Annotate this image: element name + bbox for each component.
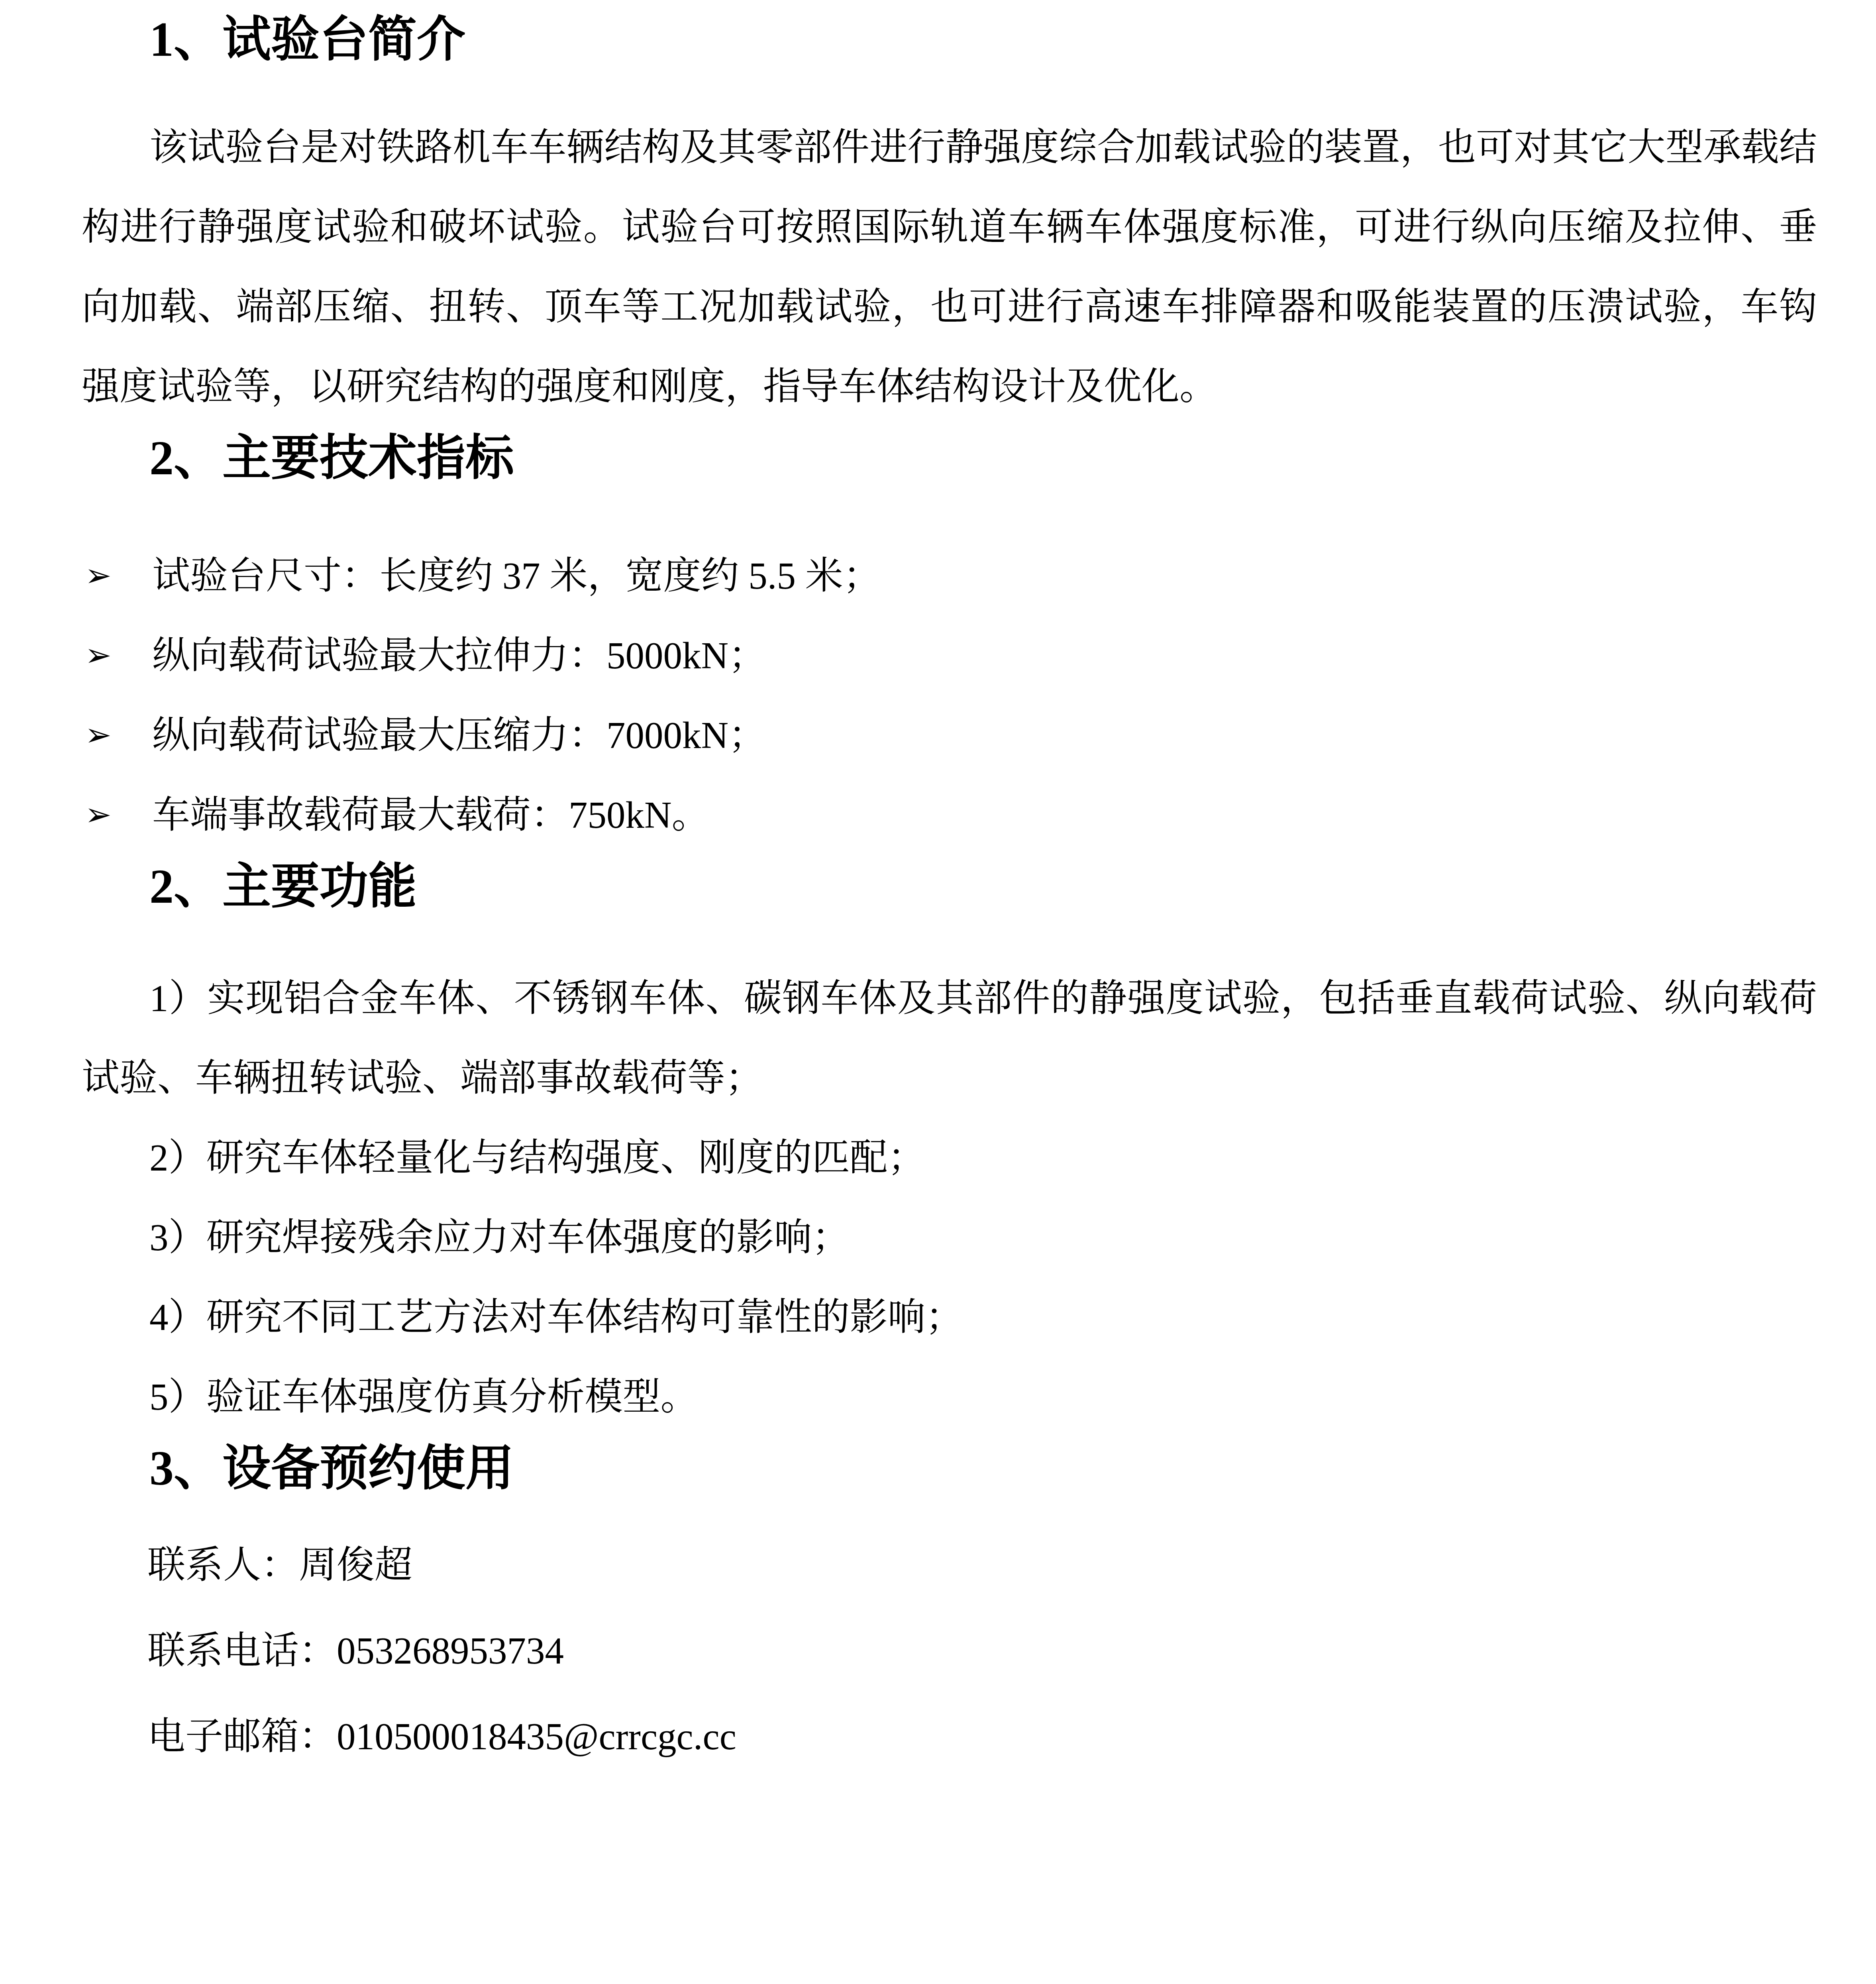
contact-block: 联系人：周俊超 联系电话：053268953734 电子邮箱：010500018…: [82, 1522, 1817, 1780]
function-item: 3）研究焊接残余应力对车体强度的影响；: [82, 1198, 1817, 1277]
section-heading-functions: 2、主要功能: [82, 855, 1817, 919]
function-list: 1）实现铝合金车体、不锈钢车体、碳钢车体及其部件的静强度试验，包括垂直载荷试验、…: [82, 959, 1817, 1437]
arrowhead-bullet-icon: ➢: [85, 536, 112, 616]
function-item: 5）验证车体强度仿真分析模型。: [82, 1357, 1817, 1437]
spec-item: ➢ 试验台尺寸：长度约 37 米，宽度约 5.5 米；: [82, 536, 1817, 616]
arrowhead-bullet-icon: ➢: [85, 695, 112, 775]
document-page: 1、试验台简介 该试验台是对铁路机车车辆结构及其零部件进行静强度综合加载试验的装…: [0, 0, 1876, 1984]
arrowhead-bullet-icon: ➢: [85, 616, 112, 695]
arrowhead-bullet-icon: ➢: [85, 775, 112, 855]
section-heading-intro: 1、试验台简介: [82, 8, 1817, 72]
spec-item-text: 试验台尺寸：长度约 37 米，宽度约 5.5 米；: [152, 555, 881, 597]
spec-item: ➢ 纵向载荷试验最大拉伸力：5000kN；: [82, 616, 1817, 695]
contact-phone-line: 联系电话：053268953734: [82, 1608, 1817, 1694]
spec-item-text: 车端事故载荷最大载荷：750kN。: [152, 794, 710, 836]
spec-item: ➢ 车端事故载荷最大载荷：750kN。: [82, 775, 1817, 855]
contact-email-line: 电子邮箱：010500018435@crrcgc.cc: [82, 1694, 1817, 1780]
section-heading-reservation: 3、设备预约使用: [82, 1437, 1817, 1501]
function-item: 2）研究车体轻量化与结构强度、刚度的匹配；: [82, 1118, 1817, 1198]
spec-list: ➢ 试验台尺寸：长度约 37 米，宽度约 5.5 米； ➢ 纵向载荷试验最大拉伸…: [82, 536, 1817, 855]
contact-person-line: 联系人：周俊超: [82, 1522, 1817, 1608]
intro-paragraph: 该试验台是对铁路机车车辆结构及其零部件进行静强度综合加载试验的装置，也可对其它大…: [82, 108, 1817, 426]
section-heading-specs: 2、主要技术指标: [82, 426, 1817, 490]
function-item: 1）实现铝合金车体、不锈钢车体、碳钢车体及其部件的静强度试验，包括垂直载荷试验、…: [82, 959, 1817, 1118]
spec-item-text: 纵向载荷试验最大压缩力：7000kN；: [152, 714, 766, 756]
spec-item-text: 纵向载荷试验最大拉伸力：5000kN；: [152, 634, 766, 677]
function-item: 4）研究不同工艺方法对车体结构可靠性的影响；: [82, 1277, 1817, 1357]
spec-item: ➢ 纵向载荷试验最大压缩力：7000kN；: [82, 695, 1817, 775]
